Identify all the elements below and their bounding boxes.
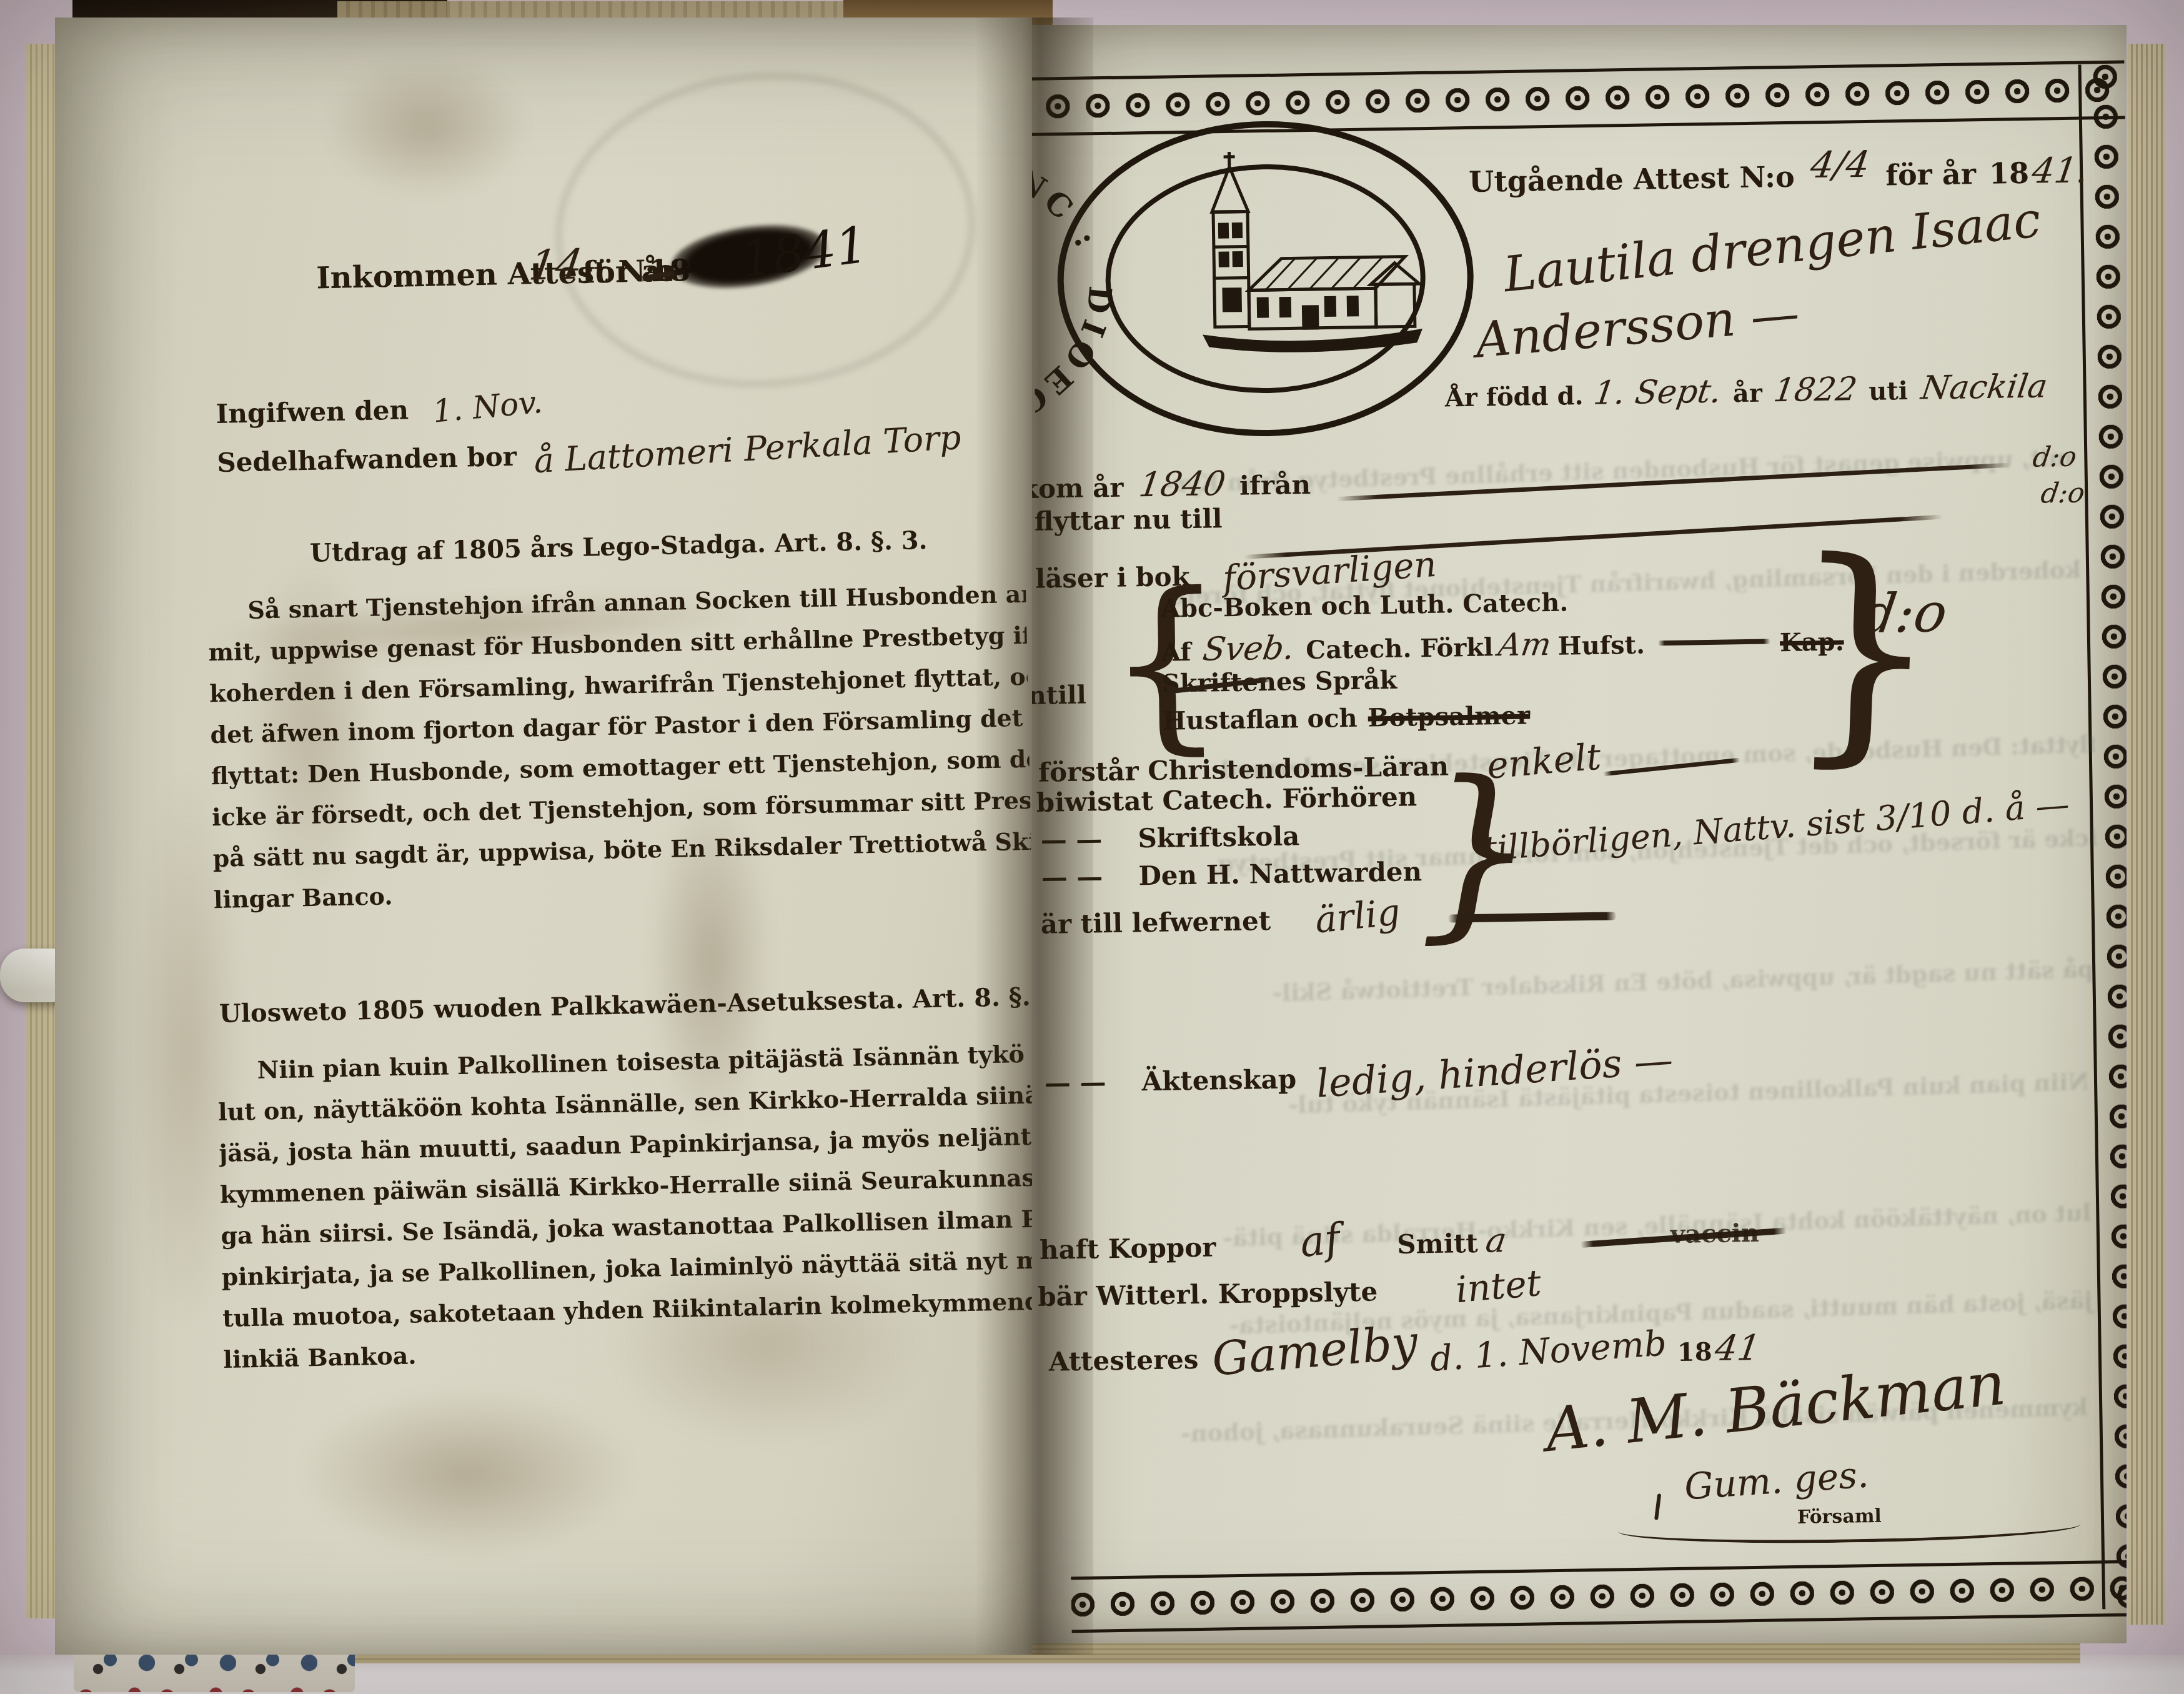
left-page: Inkommen Attest N:o 14 för år 18 1841 In…	[55, 17, 1032, 1655]
born-place-handwritten: Nackila	[1918, 367, 2050, 407]
attest-year-handwritten: 41	[1712, 1328, 1763, 1369]
printed-century: 18	[1677, 1337, 1712, 1367]
finnish-statute-paragraph: Niin pian kuin Palkollinen toisesta pitä…	[217, 1040, 1032, 1387]
bleed-through-text: på sätt nu sagdt är, uppwisa, böte En Ri…	[1469, 955, 2094, 1001]
conduct-grade-handwritten: ärlig	[1313, 890, 1402, 942]
vaccin-struck-label: vaccin	[1670, 1218, 1759, 1249]
memorized-item-part: Af	[1161, 637, 1191, 667]
memorized-item: Abc-Boken och Luth. Catech.	[1161, 587, 1569, 623]
smallpox-by-handwritten: af	[1298, 1214, 1343, 1267]
bleed-through-text: lut on, näyttäköön kohta Isännälle, sen …	[1454, 1198, 2092, 1245]
right-page-content: mit, uppwise genast för Husbonden sitt e…	[1032, 25, 2127, 1643]
brace-close-handwritten: }	[1784, 529, 1944, 772]
infection-suffix-handwritten: a	[1483, 1220, 1509, 1260]
outgoing-attest-label: Utgående Attest N:o	[1469, 160, 1795, 199]
handwritten-tick	[1654, 1493, 1661, 1520]
person-name-line1-handwritten: Lautila drengen Isaac	[1501, 192, 2043, 303]
photo-of-open-book: { "left_page": { "header": { "prefix": "…	[0, 0, 2184, 1694]
ditto-handwritten: d:o	[1857, 582, 1951, 645]
memorized-item-part: Catech. Förkl	[1306, 632, 1494, 665]
rosette-border-bottom	[1071, 1560, 2127, 1633]
right-page: mit, uppwise genast för Husbonden sitt e…	[1032, 25, 2127, 1643]
swedish-statute-paragraph: Så snart Tjenstehjon ifrån annan Socken …	[207, 580, 1032, 927]
confirmation-school-label: Skriftskola	[1138, 820, 1300, 854]
memorized-item-handwritten: Sveb.	[1200, 629, 1296, 668]
memorized-item-handwritten: Am	[1496, 626, 1554, 663]
page-fore-edge-right	[2128, 44, 2165, 1625]
ditto-mark: d:o	[2039, 477, 2087, 509]
year-handwritten: 41.	[2029, 150, 2090, 192]
born-place-label: uti	[1869, 376, 1908, 406]
strike-mark	[1658, 639, 1770, 645]
memorized-item-part: Hustaflan och	[1162, 704, 1358, 736]
swedish-statute-heading: Utdrag af 1805 års Lego-Stadga. Art. 8. …	[209, 524, 1028, 570]
born-label: År född d.	[1444, 381, 1583, 412]
church-engraving-icon	[1200, 149, 1423, 354]
communion-label: Den H. Nattwarden	[1138, 856, 1422, 891]
given-date-handwritten: 1. Nov.	[432, 384, 544, 430]
blemish-answer-handwritten: intet	[1454, 1262, 1543, 1311]
printed-century: 18	[1989, 156, 2030, 191]
attest-date-handwritten: d. 1. Novemb	[1429, 1323, 1668, 1380]
memorized-item-struck: Botpsalmer	[1367, 700, 1530, 732]
holder-residence-handwritten: å Lattomeri Perkala Torp	[533, 417, 962, 481]
given-date-label: Ingifwen den	[216, 394, 409, 429]
born-day-handwritten: 1. Sept.	[1591, 373, 1724, 412]
left-page-content: Inkommen Attest N:o 14 för år 18 1841 In…	[55, 17, 1032, 1655]
book-spine-shadow	[975, 17, 1093, 1655]
diocese-seal: DIOECESIS . ABOENSIS . MAGNI PRINC : FIN…	[1032, 97, 1503, 459]
page-fore-edge-left	[26, 44, 59, 1618]
memorized-item: Skriftenes Språk	[1161, 665, 1397, 699]
parish-footer-label: Församl	[1797, 1505, 1882, 1528]
for-year-label: för år	[1885, 157, 1977, 192]
attest-number-handwritten: 14	[527, 240, 586, 289]
came-year-handwritten: 1840	[1136, 464, 1228, 504]
attest-number-handwritten: 4/4	[1809, 143, 1873, 187]
holder-residence-label: Sedelhafwanden bor	[217, 441, 517, 478]
finnish-statute-heading: Ulosweto 1805 wuoden Palkkawäen-Asetukse…	[219, 982, 1032, 1029]
attest-place-handwritten: Gamelby	[1209, 1315, 1419, 1387]
came-from-label: ifrån	[1239, 469, 1311, 501]
marriage-label: Äktenskap	[1141, 1064, 1296, 1097]
born-year-label: år	[1732, 379, 1762, 409]
ditto-mark: d:o	[2031, 441, 2079, 474]
signature-title-handwritten: Gum. ges.	[1683, 1453, 1870, 1508]
infection-label: Smitt	[1397, 1228, 1478, 1260]
born-year-handwritten: 1822	[1772, 371, 1860, 409]
memorized-item-part: Hufst.	[1558, 630, 1645, 661]
